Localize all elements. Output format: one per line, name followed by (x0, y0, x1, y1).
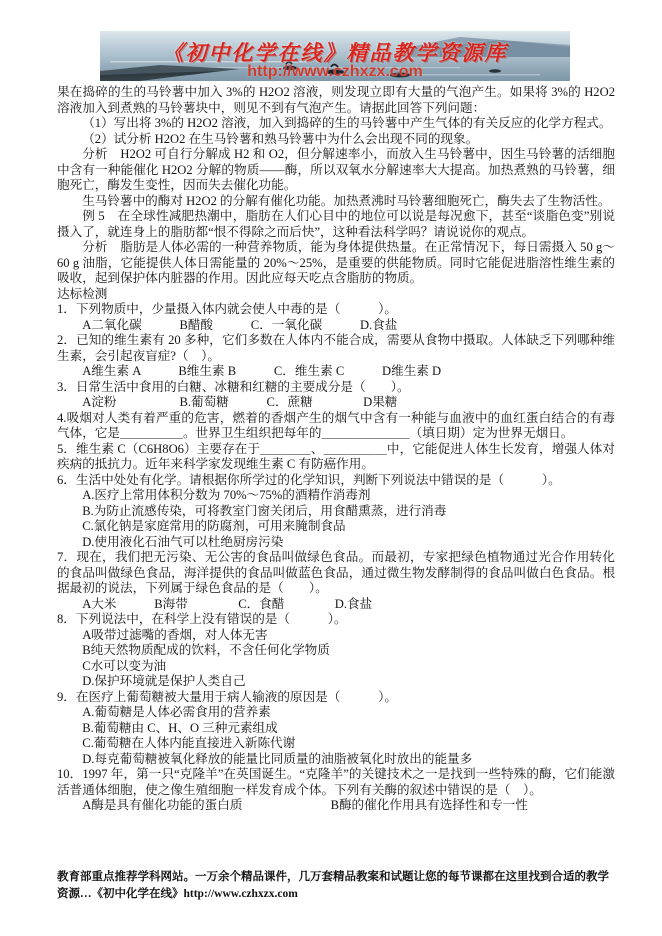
question-5: 5．维生素 C（C6H8O6）主要存在于＿＿＿＿、＿＿＿＿＿中，它能促进人体生长… (57, 442, 615, 473)
question-4: 4.吸烟对人类有着严重的危害，燃着的香烟产生的烟气中含有一种能与血液中的血红蛋白… (57, 411, 615, 442)
question-7: 7．现在，我们把无污染、无公害的食品叫做绿色食品。而最初，专家把绿色植物通过光合… (57, 550, 615, 597)
document-body: 果在捣碎的生的马铃薯中加入 3%的 H2O2 溶液，则发现立即有大量的气泡产生。… (57, 85, 615, 814)
analysis-1-conclusion: 生马铃薯中的酶对 H2O2 的分解有催化功能。加热煮沸时马铃薯细胞死亡，酶失去了… (57, 194, 615, 210)
question-9: 9．在医疗上葡萄糖被大量用于病人输液的原因是（ ）。 (57, 690, 615, 706)
question-9-option-a: A.葡萄糖是人体必需食用的营养素 (57, 705, 615, 721)
question-10: 10．1997 年，第一只“克隆羊”在英国诞生。“克隆羊”的关键技术之一是找到一… (57, 767, 615, 798)
footer-note: 教育部重点推荐学科网站。一万余个精品课件，几万套精品教案和试题让您的每节课都在这… (57, 869, 617, 903)
question-8-option-d: D.保护环境就是保护人类自己 (57, 674, 615, 690)
question-2-options: A维生素 A B维生素 B C．维生素 C D维生素 D (57, 364, 615, 380)
question-6-option-a: A.医疗上常用体积分数为 70%～75%的酒精作消毒剂 (57, 488, 615, 504)
question-8-option-c: C水可以变为油 (57, 659, 615, 675)
question-3: 3．日常生活中食用的白糖、冰糖和红糖的主要成分是（ ）。 (57, 380, 615, 396)
section-heading: 达标检测 (57, 287, 615, 303)
question-3-options: A淀粉 B.葡萄糖 C．蔗糖 D果糖 (57, 395, 615, 411)
sub-question-1: （1）写出将 3%的 H2O2 溶液，加入到捣碎的生的马铃薯中产生气体的有关反应… (57, 116, 615, 132)
analysis-1: 分析 H2O2 可自行分解成 H2 和 O2，但分解速率小，而放入生马铃薯中，因… (57, 147, 615, 194)
question-2: 2．已知的维生素有 20 多种，它们多数在人体内不能合成，需要从食物中摄取。人体… (57, 333, 615, 364)
question-9-option-d: D.每克葡萄糖被氧化释放的能量比同质量的油脂被氧化时放出的能量多 (57, 752, 615, 768)
analysis-2: 分析 脂肪是人体必需的一种营养物质，能为身体提供热量。在正常情况下，每日需摄入 … (57, 240, 615, 287)
question-8-option-b: B纯天然物质配成的饮料，不含任何化学物质 (57, 643, 615, 659)
question-6-option-d: D.使用液化石油气可以杜绝厨房污染 (57, 535, 615, 551)
intro-continued: 果在捣碎的生的马铃薯中加入 3%的 H2O2 溶液，则发现立即有大量的气泡产生。… (57, 85, 615, 116)
scanned-worksheet-page: 《初中化学在线》精品教学资源库 http://www.czhxzx.com 果在… (0, 0, 662, 936)
question-1-options: A二氧化碳 B醋酸 C．一氧化碳 D.食盐 (57, 318, 615, 334)
question-9-option-b: B.葡萄糖由 C、H、O 三种元素组成 (57, 721, 615, 737)
question-10-options: A酶是具有催化功能的蛋白质 B酶的催化作用具有选择性和专一性 (57, 798, 615, 814)
header-banner: 《初中化学在线》精品教学资源库 http://www.czhxzx.com (100, 31, 570, 81)
example-5: 例 5 在全球性减肥热潮中，脂肪在人们心目中的地位可以说是每况愈下，甚至“谈脂色… (57, 209, 615, 240)
question-6: 6．生活中处处有化学。请根据你所学过的化学知识，判断下列说法中错误的是（ ）。 (57, 473, 615, 489)
question-8-option-a: A吸带过滤嘴的香烟，对人体无害 (57, 628, 615, 644)
question-1: 1．下列物质中，少量摄入体内就会使人中毒的是（ ）。 (57, 302, 615, 318)
banner-url: http://www.czhxzx.com (100, 63, 570, 81)
question-6-option-b: B.为防止流感传染，可将教室门窗关闭后，用食醋熏蒸，进行消毒 (57, 504, 615, 520)
question-7-options: A大米 B海带 C．食醋 D.食盐 (57, 597, 615, 613)
question-6-option-c: C.氯化钠是家庭常用的防腐剂，可用来腌制食品 (57, 519, 615, 535)
question-9-option-c: C.葡萄糖在人体内能直接进入新陈代谢 (57, 736, 615, 752)
sub-question-2: （2）试分析 H2O2 在生马铃薯和熟马铃薯中为什么会出现不同的现象。 (57, 132, 615, 148)
question-8: 8．下列说法中，在科学上没有错误的是（ ）。 (57, 612, 615, 628)
